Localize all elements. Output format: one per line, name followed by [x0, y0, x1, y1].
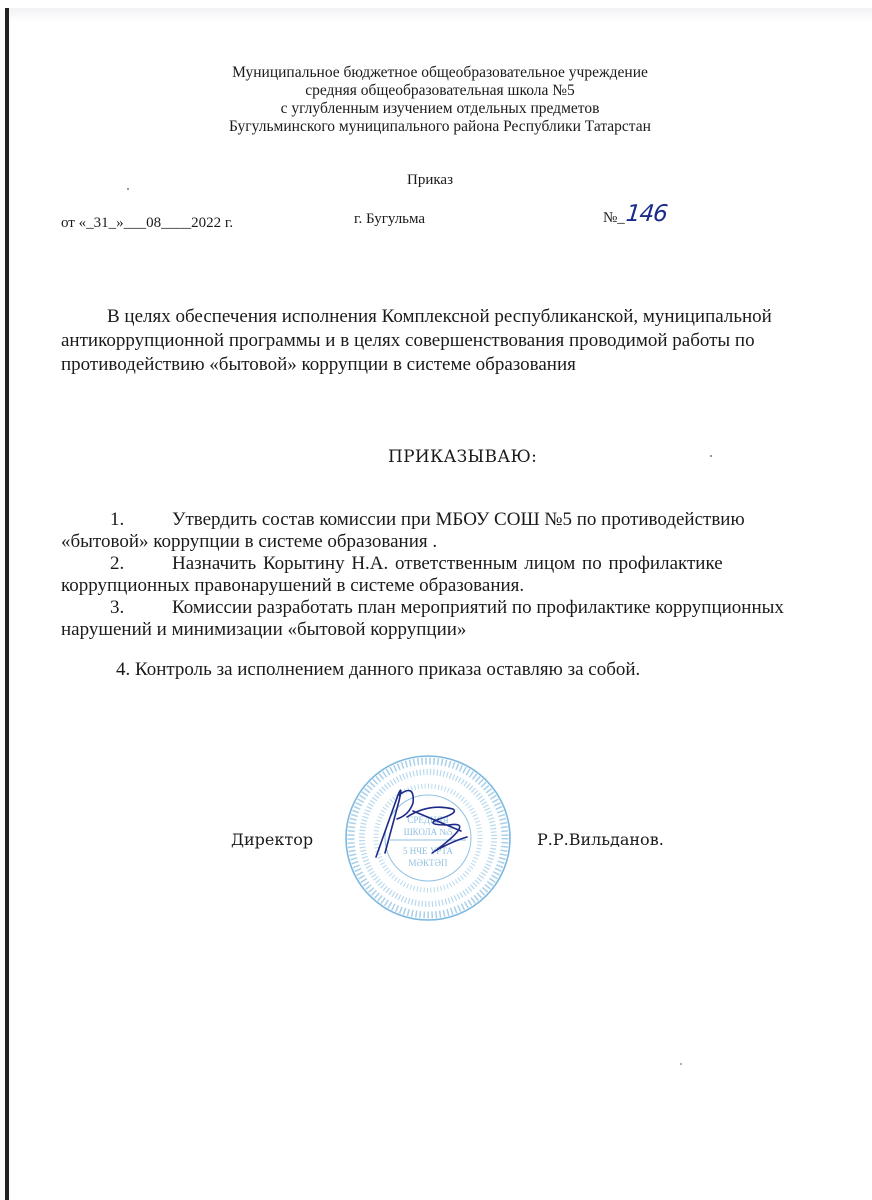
scan-speck — [127, 188, 129, 190]
item-number: 1. — [61, 509, 158, 531]
scan-edge — [5, 8, 9, 1200]
order-item: 2.Назначить Корытину Н.А. ответственным … — [61, 553, 831, 575]
order-item: 1.Утвердить состав комиссии при МБОУ СОШ… — [61, 509, 831, 531]
signatory-name: Р.Р.Вильданов. — [537, 830, 664, 849]
item-continuation: нарушений и минимизации «бытовой коррупц… — [61, 619, 831, 641]
item-continuation: «бытовой» коррупции в системе образовани… — [61, 531, 831, 553]
item-number: 2. — [61, 553, 158, 575]
header-line: Муниципальное бюджетное общеобразователь… — [180, 64, 700, 82]
item-text: Назначить Корытину Н.А. ответственным ли… — [158, 553, 723, 574]
preamble-line: антикоррупционной программы и в целях со… — [61, 329, 831, 353]
svg-text:ШКОЛА №5: ШКОЛА №5 — [404, 827, 453, 837]
order-title: Приказ — [407, 172, 453, 189]
item-number: 3. — [61, 597, 158, 619]
preamble-line: противодействию «бытовой» коррупции в си… — [61, 353, 831, 377]
order-number-prefix: №_ — [603, 210, 625, 227]
order-items: 1.Утвердить состав комиссии при МБОУ СОШ… — [61, 509, 831, 641]
scan-speck — [710, 455, 712, 457]
preamble-line: В целях обеспечения исполнения Комплексн… — [61, 305, 831, 329]
control-clause: 4. Контроль за исполнением данного прика… — [116, 659, 640, 681]
order-number-handwritten: 146 — [624, 201, 668, 227]
signatory-title: Директор — [231, 830, 313, 849]
scan-shadow — [9, 8, 872, 22]
header-line: средняя общеобразовательная школа №5 — [180, 82, 700, 100]
order-item: 3.Комиссии разработать план мероприятий … — [61, 597, 831, 619]
item-text: Утвердить состав комиссии при МБОУ СОШ №… — [158, 509, 745, 530]
scan-speck — [680, 1063, 682, 1065]
svg-text:МӘКТӘП: МӘКТӘП — [408, 858, 448, 868]
order-date: от «_31_»___08____2022 г. — [61, 215, 233, 232]
order-city: г. Бугульма — [354, 211, 425, 228]
institution-header: Муниципальное бюджетное общеобразователь… — [180, 64, 700, 136]
school-stamp-icon: СРЕДНЯЯ ШКОЛА №5 5 НЧЕ УРТА МӘКТӘП — [343, 753, 513, 923]
preamble: В целях обеспечения исполнения Комплексн… — [61, 305, 831, 377]
order-directive-heading: ПРИКАЗЫВАЮ: — [388, 447, 537, 467]
svg-text:5 НЧЕ УРТА: 5 НЧЕ УРТА — [403, 846, 453, 856]
item-text: Комиссии разработать план мероприятий по… — [158, 597, 784, 618]
header-line: Бугульминского муниципального района Рес… — [180, 118, 700, 136]
order-number: №_ 146 — [603, 201, 667, 227]
header-line: с углубленным изучением отдельных предме… — [180, 100, 700, 118]
item-continuation: коррупционных правонарушений в системе о… — [61, 575, 831, 597]
